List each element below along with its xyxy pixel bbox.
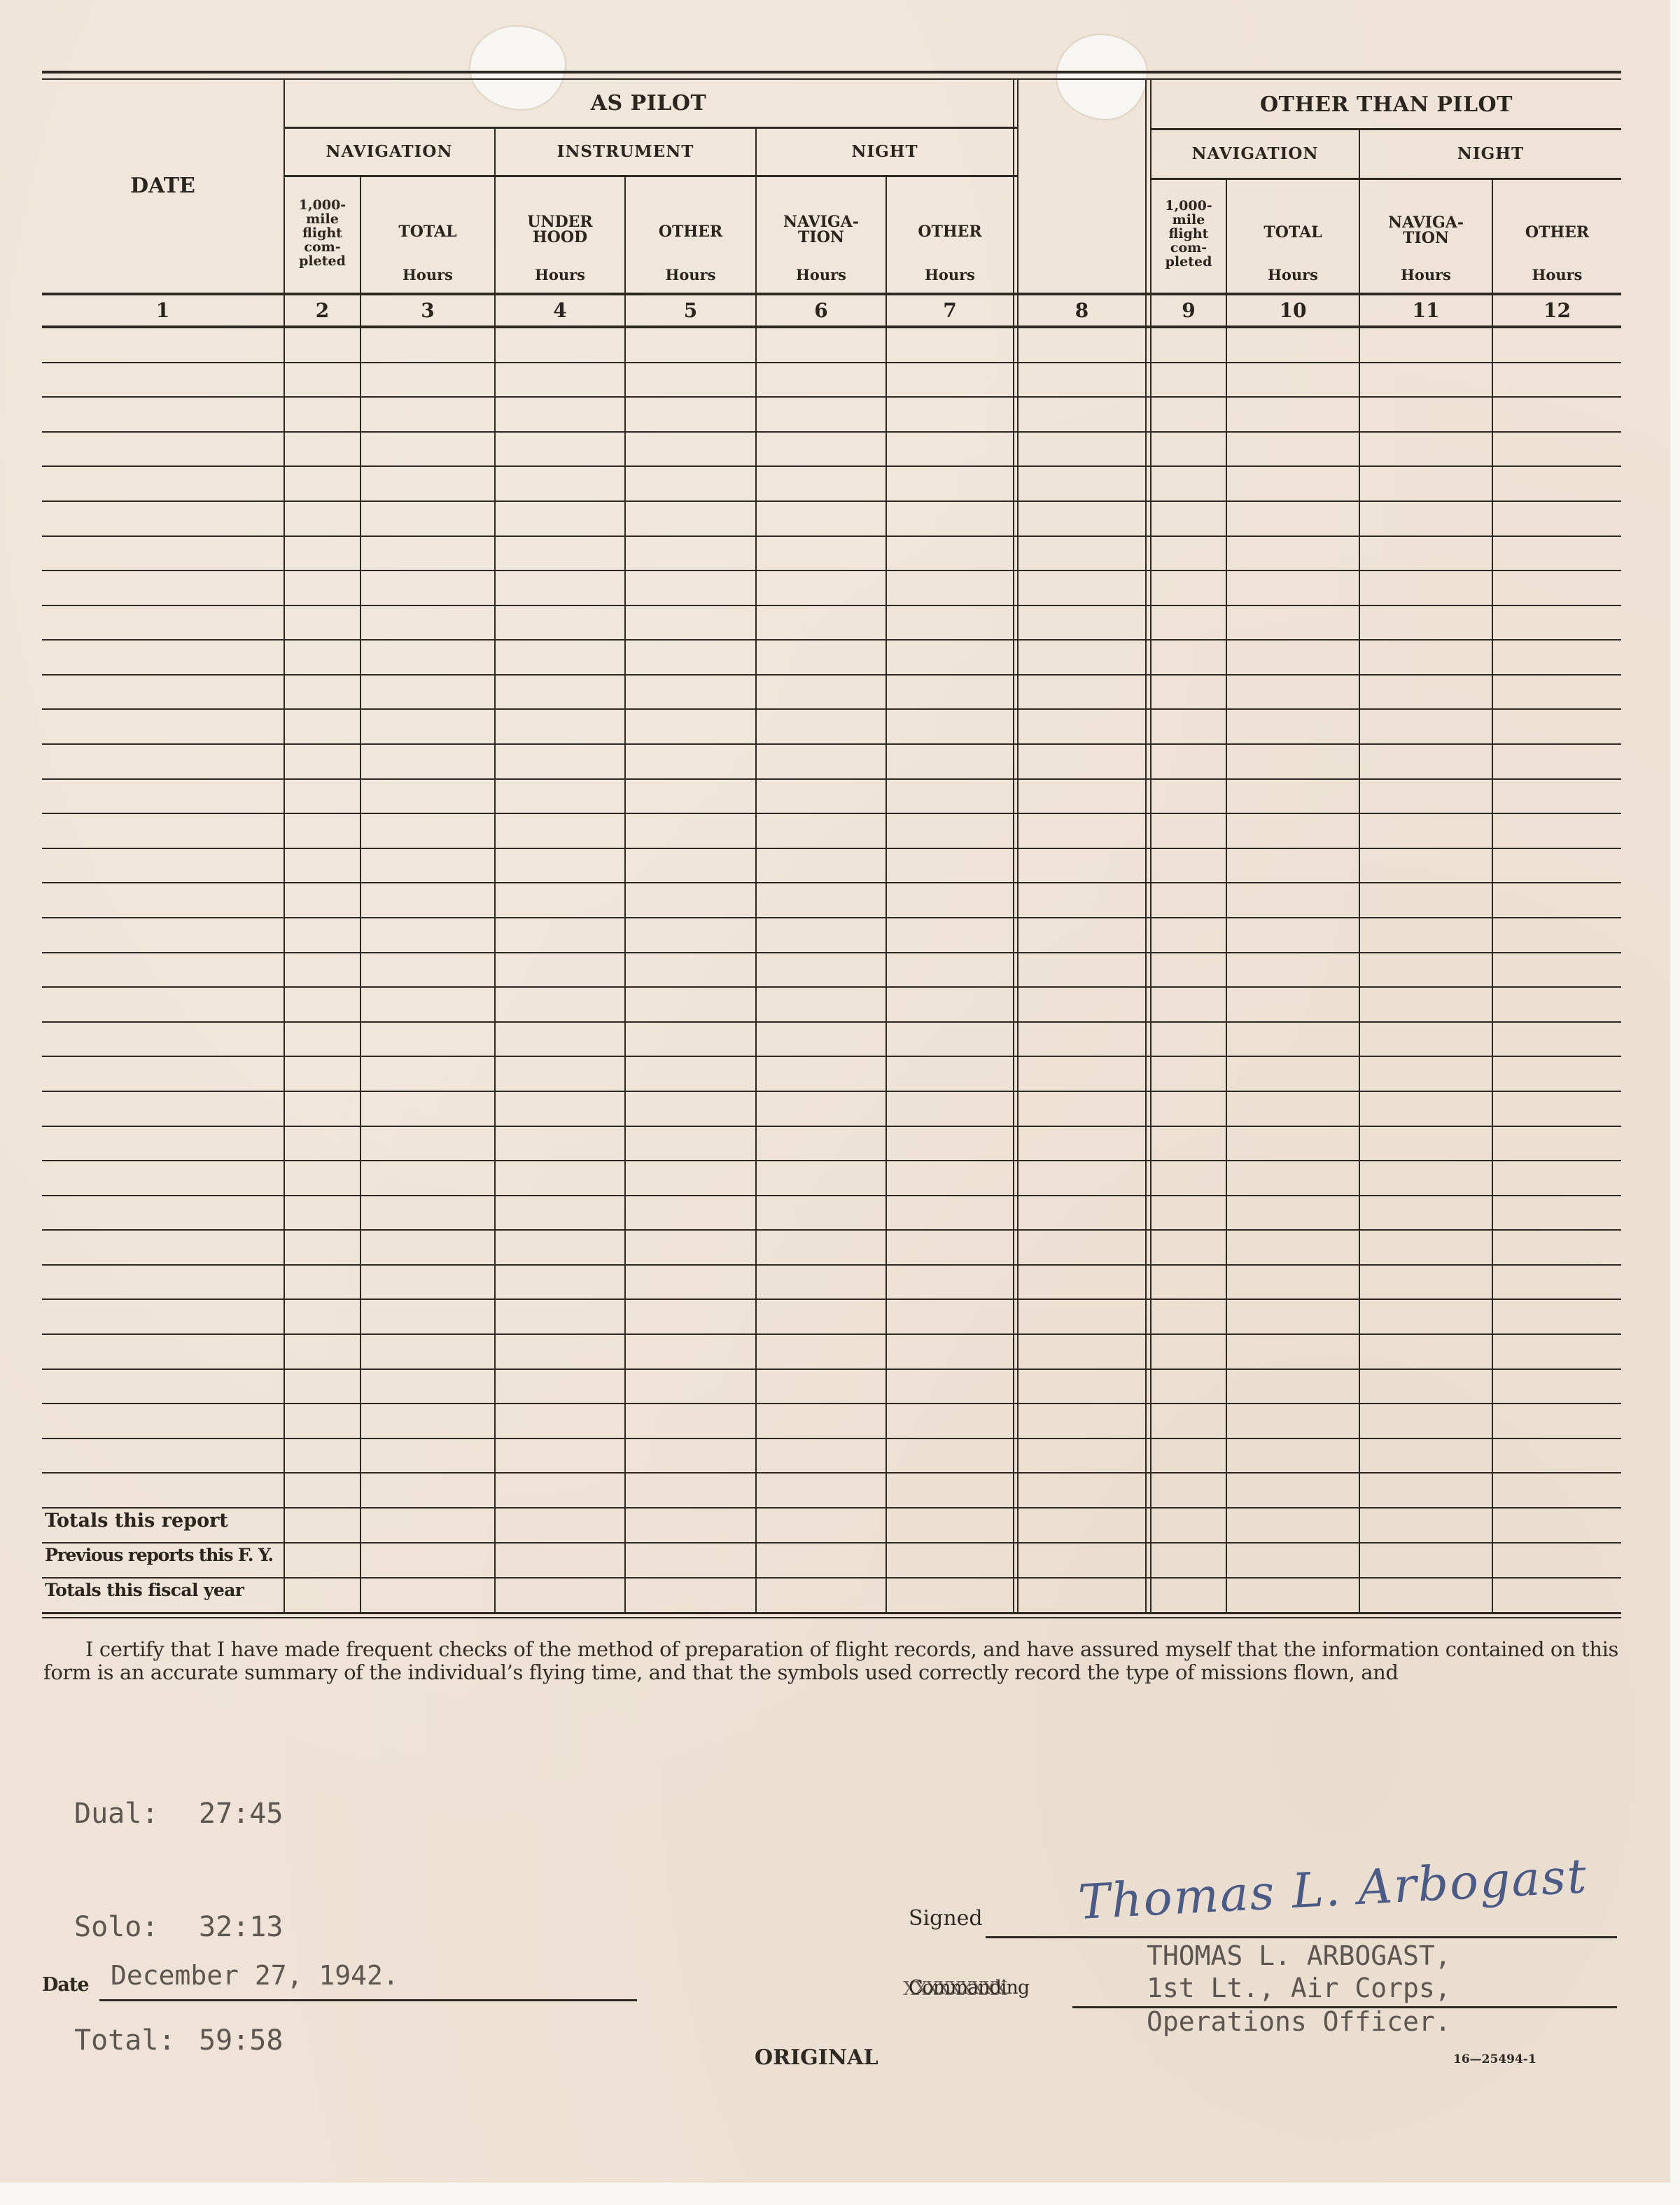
col11-header: NAVIGA- TION Hours xyxy=(1360,178,1492,293)
col-number-3: 3 xyxy=(361,295,494,325)
col9-label-line: pleted xyxy=(1165,255,1212,269)
col-divider-11-12 xyxy=(1492,178,1493,1613)
data-row-rule xyxy=(42,1472,1621,1473)
total-value: 59:58 xyxy=(199,2024,283,2057)
table-bottom-rule xyxy=(42,1612,1621,1614)
col-divider-9-10 xyxy=(1226,178,1227,1613)
pilot-night-header: NIGHT xyxy=(757,128,1013,175)
col6-label: NAVIGA- TION xyxy=(783,214,859,245)
col-number-11: 11 xyxy=(1360,295,1492,325)
previous-reports-label: Previous reports this F. Y. xyxy=(45,1545,273,1565)
col6-header: NAVIGA- TION Hours xyxy=(757,176,885,293)
date-value: December 27, 1942. xyxy=(111,1960,399,1991)
flight-time-summary: Dual:27:45 Solo:32:13 Total:59:58 xyxy=(74,1719,283,2135)
col5-unit: Hours xyxy=(626,267,755,283)
data-row-rule xyxy=(42,917,1621,918)
col-divider-7-8-a xyxy=(1013,78,1014,1613)
data-row-rule xyxy=(42,848,1621,849)
form-page: DATE AS PILOT OTHER THAN PILOT NAVIGATIO… xyxy=(0,0,1670,2183)
data-row-rule xyxy=(42,1021,1621,1023)
data-row-rule xyxy=(42,362,1621,363)
number-row-rule xyxy=(42,325,1621,328)
col-number-9: 9 xyxy=(1151,295,1226,325)
col4-unit: Hours xyxy=(496,267,624,283)
data-row-rule xyxy=(42,396,1621,398)
data-row-rule xyxy=(42,1195,1621,1196)
col-number-8: 8 xyxy=(1018,295,1145,325)
table-bottom-rule-2 xyxy=(42,1617,1621,1618)
col11-label: NAVIGA- TION xyxy=(1388,215,1464,246)
other-than-pilot-header: OTHER THAN PILOT xyxy=(1151,81,1621,128)
col11-label-line: NAVIGA- xyxy=(1388,215,1464,230)
col-divider-2-3 xyxy=(360,176,361,1613)
col2-label-line: com- xyxy=(299,240,346,254)
data-row-rule xyxy=(42,708,1621,710)
data-row-rule xyxy=(42,1368,1621,1370)
data-row-rule xyxy=(42,1298,1621,1300)
data-row-rule xyxy=(42,986,1621,988)
solo-label: Solo: xyxy=(74,1908,199,1946)
as-pilot-header: AS PILOT xyxy=(284,80,1013,127)
totals-rule-2 xyxy=(42,1542,1621,1543)
data-row-rule xyxy=(42,1229,1621,1231)
totals-fiscal-year-label: Totals this fiscal year xyxy=(45,1580,244,1600)
total-row: Total:59:58 xyxy=(74,2022,283,2059)
totals-this-report-label: Totals this report xyxy=(45,1510,228,1532)
officer-title: Operations Officer. xyxy=(1147,2006,1451,2037)
col7-unit: Hours xyxy=(887,267,1013,283)
col11-unit: Hours xyxy=(1360,267,1492,283)
col-number-12: 12 xyxy=(1493,295,1621,325)
data-row-rule xyxy=(42,1160,1621,1161)
data-row-rule xyxy=(42,743,1621,745)
other-navigation-header: NAVIGATION xyxy=(1151,129,1359,178)
pilot-instrument-header: INSTRUMENT xyxy=(496,128,755,175)
data-row-rule xyxy=(42,1126,1621,1127)
col2-label-line: pleted xyxy=(299,254,346,268)
dual-label: Dual: xyxy=(74,1795,199,1833)
col-divider-3-4 xyxy=(494,128,496,1613)
col2-label-line: 1,000- xyxy=(299,198,346,212)
solo-value: 32:13 xyxy=(199,1911,283,1943)
col-divider-4-5 xyxy=(624,176,626,1613)
col12-unit: Hours xyxy=(1493,267,1621,283)
dual-row: Dual:27:45 xyxy=(74,1795,283,1833)
col4-label: UNDER HOOD xyxy=(527,214,592,245)
col-number-1: 1 xyxy=(42,295,283,325)
certification-text: I certify that I have made frequent chec… xyxy=(43,1638,1618,1684)
total-label: Total: xyxy=(74,2022,199,2059)
col12-label: OTHER xyxy=(1525,225,1589,240)
data-row-rule xyxy=(42,1091,1621,1092)
col-divider-6-7 xyxy=(885,176,887,1613)
data-row-rule xyxy=(42,1264,1621,1266)
col-number-7: 7 xyxy=(887,295,1013,325)
date-column-header: DATE xyxy=(42,78,283,293)
data-row-rule xyxy=(42,639,1621,640)
data-row-rule xyxy=(42,1403,1621,1404)
col4-label-line: HOOD xyxy=(527,230,592,245)
col10-header: TOTAL Hours xyxy=(1227,178,1359,293)
data-row-rule xyxy=(42,605,1621,606)
col3-unit: Hours xyxy=(361,267,494,283)
data-row-rule xyxy=(42,465,1621,467)
col9-label-line: 1,000- xyxy=(1165,199,1212,213)
col4-header: UNDER HOOD Hours xyxy=(496,176,624,293)
col-number-5: 5 xyxy=(626,295,755,325)
commanding-label: Commanding xyxy=(909,1977,1029,1998)
data-row-rule xyxy=(42,1056,1621,1057)
punch-hole-right xyxy=(1057,35,1147,119)
col2-label-line: mile xyxy=(299,212,346,226)
data-row-rule xyxy=(42,674,1621,675)
col3-label: TOTAL xyxy=(398,224,456,239)
col-divider-5-6 xyxy=(755,128,757,1613)
date-line xyxy=(99,1999,637,2001)
col7-label: OTHER xyxy=(918,224,981,239)
typed-officer-name: THOMAS L. ARBOGAST, xyxy=(1147,1940,1451,1971)
col-number-2: 2 xyxy=(285,295,360,325)
handwritten-signature: Thomas L. Arbogast xyxy=(1077,1849,1589,1931)
data-row-rule xyxy=(42,570,1621,571)
col9-label-line: com- xyxy=(1165,241,1212,255)
col9-label-line: mile xyxy=(1165,213,1212,227)
col9-header: 1,000- mile flight com- pleted xyxy=(1151,178,1226,293)
data-row-rule xyxy=(42,535,1621,537)
pilot-navigation-header: NAVIGATION xyxy=(284,128,494,175)
col6-unit: Hours xyxy=(757,267,885,283)
col4-label-line: UNDER xyxy=(527,214,592,230)
col12-header: OTHER Hours xyxy=(1493,178,1621,293)
col9-label: 1,000- mile flight com- pleted xyxy=(1165,199,1212,269)
dual-value: 27:45 xyxy=(199,1798,283,1830)
col-divider-10-11 xyxy=(1359,128,1360,1613)
officer-rank: 1st Lt., Air Corps, xyxy=(1147,1973,1451,2003)
solo-row: Solo:32:13 xyxy=(74,1908,283,1946)
date-label: Date xyxy=(42,1974,89,1996)
col7-header: OTHER Hours xyxy=(887,176,1013,293)
col5-header: OTHER Hours xyxy=(626,176,755,293)
col10-label: TOTAL xyxy=(1263,225,1322,240)
col10-unit: Hours xyxy=(1227,267,1359,283)
col6-label-line: NAVIGA- xyxy=(783,214,859,230)
col2-header: 1,000- mile flight com- pleted xyxy=(285,176,360,293)
data-row-rule xyxy=(42,431,1621,433)
data-row-rule xyxy=(42,813,1621,814)
table-top-rule xyxy=(42,71,1621,73)
col3-header: TOTAL Hours xyxy=(361,176,494,293)
col-number-6: 6 xyxy=(757,295,885,325)
form-number: 16—25494-1 xyxy=(1453,2052,1536,2066)
data-row-rule xyxy=(42,500,1621,502)
copy-designation: ORIGINAL xyxy=(755,2045,878,2070)
data-row-rule xyxy=(42,882,1621,883)
signature-line xyxy=(986,1936,1617,1938)
col11-label-line: TION xyxy=(1388,230,1464,246)
col-number-10: 10 xyxy=(1227,295,1359,325)
col2-label: 1,000- mile flight com- pleted xyxy=(299,198,346,268)
signed-label: Signed xyxy=(909,1906,983,1931)
totals-rule-3 xyxy=(42,1577,1621,1578)
col-divider-8-9-a xyxy=(1145,78,1147,1613)
data-row-rule xyxy=(42,778,1621,780)
data-row-rule xyxy=(42,952,1621,953)
col2-label-line: flight xyxy=(299,226,346,240)
col9-label-line: flight xyxy=(1165,227,1212,241)
col5-label: OTHER xyxy=(659,224,722,239)
data-row-rule xyxy=(42,1333,1621,1335)
col6-label-line: TION xyxy=(783,230,859,245)
totals-rule-1 xyxy=(42,1507,1621,1508)
data-row-rule xyxy=(42,1438,1621,1439)
other-night-header: NIGHT xyxy=(1360,129,1621,178)
col-number-4: 4 xyxy=(496,295,624,325)
